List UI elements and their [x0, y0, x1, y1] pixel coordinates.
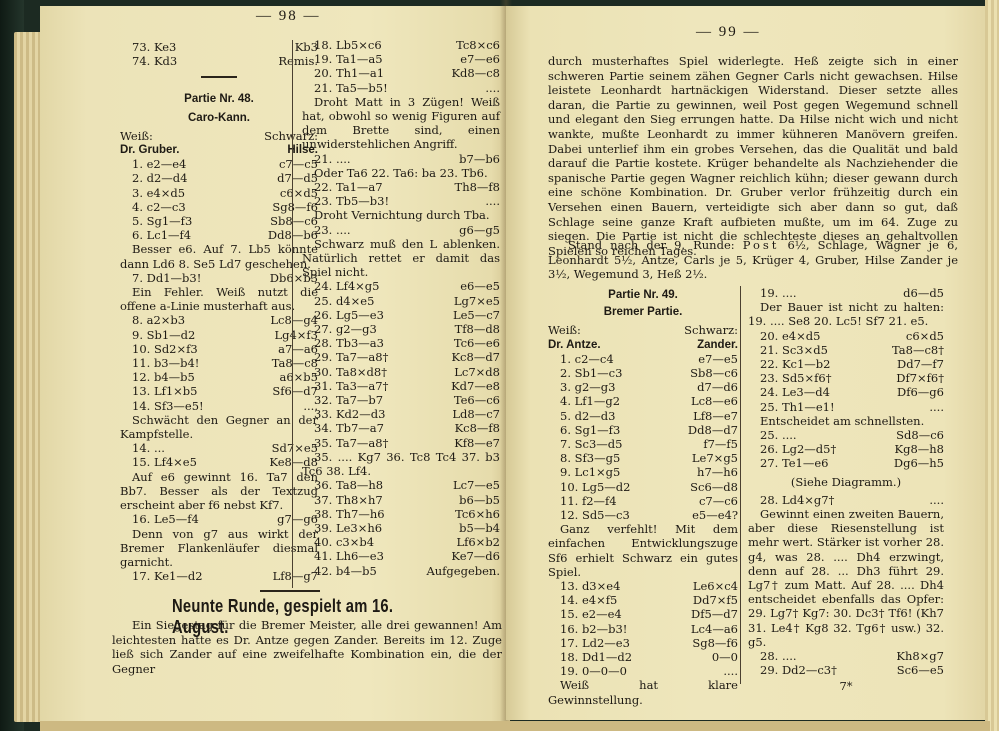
white-move: 28. Ld4×g7† — [748, 493, 834, 507]
black-move: e7—e5 — [698, 352, 738, 366]
white-move: 12. b4—b5 — [120, 370, 195, 384]
white-move: 4. Lf1—g2 — [548, 394, 620, 408]
white-move: 74. Kd3 — [120, 54, 177, 68]
move-list: 22. Ta1—a7Th8—f823. Tb5—b3!.... — [302, 180, 500, 208]
report-paragraph: durch musterhaftes Spiel widerlegte. Heß… — [548, 54, 958, 258]
move-list: 8. a2×b3Lc8—g49. Sb1—d2Lg4×f310. Sd2×f3a… — [120, 313, 318, 412]
black-move: Sb8—c6 — [690, 366, 738, 380]
black-move: .... — [485, 81, 500, 95]
white-move: 8. a2×b3 — [120, 313, 185, 327]
move-row: 34. Tb7—a7Kc8—f8 — [302, 421, 500, 435]
black-move: h7—h6 — [697, 465, 738, 479]
black-player: Zander. — [697, 338, 738, 352]
move-list: 24. Lf4×g5e6—e525. d4×e5Lg7×e526. Lg5—e3… — [302, 279, 500, 449]
white-player: Dr. Gruber. — [120, 143, 179, 157]
black-move: Kd7—e8 — [451, 379, 500, 393]
move-row: 28. Tb3—a3Tc6—e6 — [302, 336, 500, 350]
move-list: 20. e4×d5c6×d521. Sc3×d5Ta8—c8†22. Kc1—b… — [748, 329, 944, 414]
move-list: 36. Ta8—h8Lc7—e537. Th8×h7b6—b538. Th7—h… — [302, 478, 500, 577]
move-row: 25. ....Sd8—c6 — [748, 428, 944, 442]
left-col1: 73. Ke3Kb374. Kd3Remis. Partie Nr. 48. C… — [120, 40, 318, 583]
move-row: 15. Lf4×e5Ke8—d8 — [120, 455, 318, 469]
move-row: 29. Ta7—a8†Kc8—d7 — [302, 350, 500, 364]
black-move: c7—c6 — [699, 494, 738, 508]
annotation: Der Bauer ist nicht zu halten: 19. .... … — [748, 300, 944, 328]
white-move: 41. Lh6—e3 — [302, 549, 384, 563]
move-list: 7. Dd1—b3!Db6×b3 — [120, 271, 318, 285]
white-move: 11. b3—b4! — [120, 356, 199, 370]
move-list: 23. ....g6—g5 — [302, 223, 500, 237]
move-list: 28. Ld4×g7†.... — [748, 493, 944, 507]
move-row: 74. Kd3Remis. — [120, 54, 318, 68]
white-move: 14. e4×f5 — [548, 593, 617, 607]
white-move: 17. Ld2—e3 — [548, 636, 630, 650]
page-stack-right — [985, 0, 999, 731]
black-move: b7—b6 — [459, 152, 500, 166]
standings-prefix: Stand nach der 9. Runde: — [568, 238, 743, 252]
black-move: Tc8×c6 — [456, 38, 500, 52]
white-move: 9. Sb1—d2 — [120, 328, 195, 342]
move-row: 40. c3×b4Lf6×b2 — [302, 535, 500, 549]
move-row: 38. Th7—h6Tc6×h6 — [302, 507, 500, 521]
move-row: 31. Ta3—a7†Kd7—e8 — [302, 379, 500, 393]
white-move: 35. Ta7—a8† — [302, 436, 388, 450]
white-move: 20. e4×d5 — [748, 329, 820, 343]
move-row: 24. Lf4×g5e6—e5 — [302, 279, 500, 293]
move-row: 41. Lh6—e3Ke7—d6 — [302, 549, 500, 563]
annotation: Weiß hat klare Gewinnstellung. — [548, 678, 738, 706]
black-move: .... — [929, 400, 944, 414]
black-move: Dd7—f7 — [897, 357, 944, 371]
black-move: Tf8—d8 — [455, 322, 500, 336]
column-rule — [740, 286, 741, 684]
move-row: 8. Sf3—g5Le7×g5 — [548, 451, 738, 465]
right-page: — 99 — durch musterhaftes Spiel widerleg… — [506, 6, 992, 720]
move-row: 25. Th1—e1!.... — [748, 400, 944, 414]
move-row: 12. Sd5—c3e5—e4? — [548, 508, 738, 522]
white-move: 11. f2—f4 — [548, 494, 617, 508]
section-divider — [260, 590, 320, 592]
move-row: 20. e4×d5c6×d5 — [748, 329, 944, 343]
white-move: 2. d2—d4 — [120, 171, 187, 185]
black-move: Ke7—d6 — [451, 549, 500, 563]
white-move: 18. Dd1—d2 — [548, 650, 632, 664]
move-row: 36. Ta8—h8Lc7—e5 — [302, 478, 500, 492]
move-row: 28. Ld4×g7†.... — [748, 493, 944, 507]
move-row: 1. c2—c4e7—e5 — [548, 352, 738, 366]
white-move: 13. d3×e4 — [548, 579, 620, 593]
black-move: b6—b5 — [459, 493, 500, 507]
white-move: 34. Tb7—a7 — [302, 421, 384, 435]
black-move: b5—b4 — [459, 521, 500, 535]
white-player: Dr. Antze. — [548, 338, 601, 352]
page-number-left: — 98 — — [256, 8, 321, 25]
black-move: Aufgegeben. — [426, 564, 500, 578]
color-labels: Weiß: Schwarz: — [120, 129, 318, 143]
move-row: 3. e4×d5c6×d5 — [120, 186, 318, 200]
white-move: 23. .... — [302, 223, 351, 237]
black-move: Sd8—c6 — [896, 428, 944, 442]
move-row: 13. d3×e4Le6×c4 — [548, 579, 738, 593]
white-move: 24. Le3—d4 — [748, 385, 830, 399]
move-row: 6. Lc1—f4Dd8—b6 — [120, 228, 318, 242]
white-move: 2. Sb1—c3 — [548, 366, 622, 380]
move-row: 25. d4×e5Lg7×e5 — [302, 294, 500, 308]
white-move: 1. c2—c4 — [548, 352, 614, 366]
black-move: e7—e6 — [460, 52, 500, 66]
black-move: Tc6—e6 — [454, 336, 500, 350]
black-move: e6—e5 — [460, 279, 500, 293]
move-row: 30. Ta8×d8†Lc7×d8 — [302, 365, 500, 379]
annotation: Auf e6 gewinnt 16. Ta7 den Bb7. Besser a… — [120, 470, 318, 513]
white-label: Weiß: — [548, 323, 581, 337]
white-move: 4. c2—c3 — [120, 200, 186, 214]
black-move: Le7×g5 — [692, 451, 738, 465]
standings-paragraph: Stand nach der 9. Runde: Post 6½, Schlag… — [548, 238, 958, 282]
move-row: 14. ...Sd7×e5 — [120, 441, 318, 455]
white-move: 40. c3×b4 — [302, 535, 374, 549]
white-move: 25. .... — [748, 428, 797, 442]
black-move: Sg8—f6 — [692, 636, 738, 650]
white-move: 29. Dd2—c3† — [748, 663, 837, 677]
black-move: Sc6—e5 — [897, 663, 944, 677]
move-row: 18. Dd1—d20—0 — [548, 650, 738, 664]
move-row: 28. ....Kh8×g7 — [748, 649, 944, 663]
white-move: 3. g2—g3 — [548, 380, 615, 394]
move-row: 20. Th1—a1Kd8—c8 — [302, 66, 500, 80]
player-names: Dr. Gruber. Hilse. — [120, 143, 318, 157]
white-move: 29. Ta7—a8† — [302, 350, 388, 364]
white-move: 10. Sd2×f3 — [120, 342, 198, 356]
move-row: 19. Ta1—a5e7—e6 — [302, 52, 500, 66]
white-move: 28. Tb3—a3 — [302, 336, 384, 350]
black-move: Df7×f6† — [896, 371, 944, 385]
move-row: 27. Te1—e6Dg6—h5 — [748, 456, 944, 470]
move-list: 1. e2—e4c7—c52. d2—d4d7—d53. e4×d5c6×d54… — [120, 157, 318, 242]
move-row: 2. d2—d4d7—d5 — [120, 171, 318, 185]
player-names: Dr. Antze. Zander. — [548, 338, 738, 352]
annotation: Schwarz muß den L ablenken. Natürlich re… — [302, 237, 500, 280]
annotation: Droht Matt in 3 Zügen! Weiß hat, obwohl … — [302, 95, 500, 152]
white-move: 14. Sf3—e5! — [120, 399, 204, 413]
black-move: Kc8—f8 — [455, 421, 500, 435]
left-page: — 98 — 73. Ke3Kb374. Kd3Remis. Partie Nr… — [40, 6, 510, 724]
move-row: 9. Sb1—d2Lg4×f3 — [120, 328, 318, 342]
move-row: 29. Dd2—c3†Sc6—e5 — [748, 663, 944, 677]
black-move: Kg8—h8 — [895, 442, 945, 456]
white-move: 31. Ta3—a7† — [302, 379, 388, 393]
white-move: 36. Ta8—h8 — [302, 478, 383, 492]
white-move: 23. Tb5—b3! — [302, 194, 389, 208]
move-row: 23. Tb5—b3!.... — [302, 194, 500, 208]
black-move: Df5—d7 — [691, 607, 738, 621]
move-row: 33. Kd2—d3Ld8—c7 — [302, 407, 500, 421]
book-bottom-edge — [40, 721, 990, 731]
left-col2: 18. Lb5×c6Tc8×c619. Ta1—a5e7—e620. Th1—a… — [302, 38, 500, 578]
white-move: 17. Ke1—d2 — [120, 569, 203, 583]
black-move: .... — [929, 493, 944, 507]
opening-name: Caro-Kann. — [120, 111, 318, 125]
white-move: 27. Te1—e6 — [748, 456, 828, 470]
move-row: 6. Sg1—f3Dd8—d7 — [548, 423, 738, 437]
white-move: 27. g2—g3 — [302, 322, 377, 336]
black-move: c6×d5 — [906, 329, 944, 343]
annotation: Ein Fehler. Weiß nutzt die offene a-Lini… — [120, 285, 318, 313]
color-labels: Weiß: Schwarz: — [548, 323, 738, 337]
white-move: 39. Le3×h6 — [302, 521, 382, 535]
move-row: 7. Sc3—d5f7—f5 — [548, 437, 738, 451]
diagram-reference: (Siehe Diagramm.) — [748, 475, 944, 489]
move-row: 12. b4—b5a6×b5 — [120, 370, 318, 384]
move-row: 8. a2×b3Lc8—g4 — [120, 313, 318, 327]
black-move: .... — [485, 194, 500, 208]
move-row: 10. Sd2×f3a7—a6 — [120, 342, 318, 356]
move-row: 5. d2—d3Lf8—e7 — [548, 409, 738, 423]
black-move: Ta8—c8† — [892, 343, 944, 357]
white-move: 42. b4—b5 — [302, 564, 377, 578]
section-paragraph: Ein Siegestag für die Bremer Meister, al… — [112, 618, 502, 676]
annotation: Oder Ta6 22. Ta6: ba 23. Tb6. — [302, 166, 500, 180]
white-move: 19. .... — [748, 286, 797, 300]
white-move: 30. Ta8×d8† — [302, 365, 387, 379]
black-move: Lc8—e6 — [691, 394, 738, 408]
black-move: f7—f5 — [703, 437, 738, 451]
white-move: 12. Sd5—c3 — [548, 508, 630, 522]
black-move: Le6×c4 — [693, 579, 738, 593]
black-move: Lf8—e7 — [693, 409, 738, 423]
annotation: 35. .... Kg7 36. Tc8 Tc4 37. b3 Tc6 38. … — [302, 450, 500, 478]
white-label: Weiß: — [120, 129, 153, 143]
white-move: 9. Lc1×g5 — [548, 465, 620, 479]
signature-mark: 7* — [748, 679, 944, 693]
opening-name: Bremer Partie. — [548, 305, 738, 319]
white-move: 13. Lf1×b5 — [120, 384, 197, 398]
white-move: 26. Lg5—e3 — [302, 308, 384, 322]
move-row: 2. Sb1—c3Sb8—c6 — [548, 366, 738, 380]
annotation: Entscheidet am schnellsten. — [748, 414, 944, 428]
black-move: Lg7×e5 — [454, 294, 500, 308]
move-list: 18. Lb5×c6Tc8×c619. Ta1—a5e7—e620. Th1—a… — [302, 38, 500, 95]
column-rule — [292, 40, 293, 588]
black-move: Df6—g6 — [897, 385, 944, 399]
white-move: 7. Dd1—b3! — [120, 271, 201, 285]
annotation: Denn von g7 aus wirkt der Bremer Flanken… — [120, 527, 318, 570]
annotation: Gewinnt einen zweiten Bauern, aber diese… — [748, 507, 944, 649]
black-move: Lc4—a6 — [691, 622, 738, 636]
white-move: 6. Sg1—f3 — [548, 423, 620, 437]
white-move: 28. .... — [748, 649, 797, 663]
move-row: 14. Sf3—e5!.... — [120, 399, 318, 413]
white-move: 14. ... — [120, 441, 165, 455]
white-move: 33. Kd2—d3 — [302, 407, 385, 421]
black-move: Te6—c6 — [454, 393, 500, 407]
white-move: 73. Ke3 — [120, 40, 176, 54]
white-move: 16. Le5—f4 — [120, 512, 199, 526]
black-move: Dd7×f5 — [693, 593, 738, 607]
annotation: Schwächt den Gegner an der Kampfstelle. — [120, 413, 318, 441]
page-number-right: — 99 — — [696, 24, 761, 41]
black-label: Schwarz: — [684, 323, 738, 337]
game-title: Partie Nr. 48. — [120, 92, 318, 106]
black-move: Dd8—d7 — [688, 423, 738, 437]
section-divider — [201, 76, 237, 78]
move-row: 16. Le5—f4g7—g6 — [120, 512, 318, 526]
move-row: 23. ....g6—g5 — [302, 223, 500, 237]
white-move: 23. Sd5×f6† — [748, 371, 831, 385]
black-move: Dg6—h5 — [894, 456, 944, 470]
move-row: 19. ....d6—d5 — [748, 286, 944, 300]
white-move: 25. Th1—e1! — [748, 400, 835, 414]
white-move: 1. e2—e4 — [120, 157, 186, 171]
move-row: 15. e2—e4Df5—d7 — [548, 607, 738, 621]
move-row: 16. b2—b3!Lc4—a6 — [548, 622, 738, 636]
right-col2: 19. ....d6—d5 Der Bauer ist nicht zu hal… — [748, 286, 944, 694]
black-move: e5—e4? — [692, 508, 738, 522]
move-row: 17. Ld2—e3Sg8—f6 — [548, 636, 738, 650]
black-move: Lc7×d8 — [454, 365, 500, 379]
white-move: 3. e4×d5 — [120, 186, 185, 200]
white-move: 25. d4×e5 — [302, 294, 374, 308]
move-list: 21. ....b7—b6 — [302, 152, 500, 166]
white-move: 22. Kc1—b2 — [748, 357, 830, 371]
move-row: 7. Dd1—b3!Db6×b3 — [120, 271, 318, 285]
move-list: 28. ....Kh8×g729. Dd2—c3†Sc6—e5 — [748, 649, 944, 677]
move-list: 16. Le5—f4g7—g6 — [120, 512, 318, 526]
move-row: 42. b4—b5Aufgegeben. — [302, 564, 500, 578]
move-list: 1. c2—c4e7—e52. Sb1—c3Sb8—c63. g2—g3d7—d… — [548, 352, 738, 522]
black-move: Lf6×b2 — [456, 535, 500, 549]
annotation: Droht Vernichtung durch Tba. — [302, 208, 500, 222]
move-row: 26. Lg2—d5†Kg8—h8 — [748, 442, 944, 456]
black-move: Tc6×h6 — [455, 507, 500, 521]
move-list: 19. ....d6—d5 — [748, 286, 944, 300]
move-row: 26. Lg5—e3Le5—c7 — [302, 308, 500, 322]
move-row: 21. ....b7—b6 — [302, 152, 500, 166]
move-row: 17. Ke1—d2Lf8—g7 — [120, 569, 318, 583]
black-move: 0—0 — [712, 650, 738, 664]
move-row: 22. Kc1—b2Dd7—f7 — [748, 357, 944, 371]
white-move: 32. Ta7—b7 — [302, 393, 383, 407]
white-move: 21. Ta5—b5! — [302, 81, 388, 95]
move-row: 21. Sc3×d5Ta8—c8† — [748, 343, 944, 357]
move-row: 5. Sg1—f3Sb8—c6 — [120, 214, 318, 228]
move-row: 24. Le3—d4Df6—g6 — [748, 385, 944, 399]
black-move: .... — [723, 664, 738, 678]
move-row: 73. Ke3Kb3 — [120, 40, 318, 54]
black-move: Kh8×g7 — [896, 649, 944, 663]
white-move: 6. Lc1—f4 — [120, 228, 191, 242]
right-col1: Partie Nr. 49. Bremer Partie. Weiß: Schw… — [548, 288, 738, 707]
move-row: 39. Le3×h6b5—b4 — [302, 521, 500, 535]
black-move: g6—g5 — [459, 223, 500, 237]
white-move: 15. Lf4×e5 — [120, 455, 197, 469]
black-move: Th8—f8 — [455, 180, 500, 194]
move-row: 22. Ta1—a7Th8—f8 — [302, 180, 500, 194]
white-move: 5. Sg1—f3 — [120, 214, 192, 228]
move-row: 19. 0—0—0.... — [548, 664, 738, 678]
move-row: 27. g2—g3Tf8—d8 — [302, 322, 500, 336]
white-move: 38. Th7—h6 — [302, 507, 385, 521]
white-move: 22. Ta1—a7 — [302, 180, 383, 194]
white-move: 15. e2—e4 — [548, 607, 622, 621]
game-title: Partie Nr. 49. — [548, 288, 738, 302]
white-move: 5. d2—d3 — [548, 409, 615, 423]
move-row: 10. Lg5—d2Sc6—d8 — [548, 480, 738, 494]
standings-leader: Post — [743, 238, 780, 252]
white-move: 16. b2—b3! — [548, 622, 627, 636]
white-move: 8. Sf3—g5 — [548, 451, 620, 465]
move-row: 13. Lf1×b5Sf6—d7 — [120, 384, 318, 398]
move-row: 9. Lc1×g5h7—h6 — [548, 465, 738, 479]
black-move: d7—d6 — [697, 380, 738, 394]
move-row: 32. Ta7—b7Te6—c6 — [302, 393, 500, 407]
white-move: 26. Lg2—d5† — [748, 442, 836, 456]
white-move: 19. 0—0—0 — [548, 664, 627, 678]
move-row: 1. e2—e4c7—c5 — [120, 157, 318, 171]
white-move: 7. Sc3—d5 — [548, 437, 622, 451]
move-row: 18. Lb5×c6Tc8×c6 — [302, 38, 500, 52]
move-row: 23. Sd5×f6†Df7×f6† — [748, 371, 944, 385]
black-move: Kf8—e7 — [454, 436, 500, 450]
white-move: 24. Lf4×g5 — [302, 279, 379, 293]
black-move: Sc6—d8 — [690, 480, 738, 494]
move-list: 25. ....Sd8—c626. Lg2—d5†Kg8—h827. Te1—e… — [748, 428, 944, 471]
white-move: 19. Ta1—a5 — [302, 52, 383, 66]
move-list: 17. Ke1—d2Lf8—g7 — [120, 569, 318, 583]
white-move: 18. Lb5×c6 — [302, 38, 382, 52]
move-row: 4. Lf1—g2Lc8—e6 — [548, 394, 738, 408]
white-move: 21. Sc3×d5 — [748, 343, 828, 357]
move-row: 37. Th8×h7b6—b5 — [302, 493, 500, 507]
white-move: 20. Th1—a1 — [302, 66, 384, 80]
move-row: 4. c2—c3Sg8—f6 — [120, 200, 318, 214]
black-move: Kc8—d7 — [451, 350, 500, 364]
move-row: 3. g2—g3d7—d6 — [548, 380, 738, 394]
move-row: 14. e4×f5Dd7×f5 — [548, 593, 738, 607]
black-move: Le5—c7 — [453, 308, 500, 322]
white-move: 10. Lg5—d2 — [548, 480, 630, 494]
white-move: 37. Th8×h7 — [302, 493, 383, 507]
move-list: 73. Ke3Kb374. Kd3Remis. — [120, 40, 318, 68]
black-move: d6—d5 — [903, 286, 944, 300]
white-move: 21. .... — [302, 152, 351, 166]
annotation: Besser e6. Auf 7. Lb5 könnte dann Ld6 8.… — [120, 242, 318, 270]
move-list: 14. ...Sd7×e515. Lf4×e5Ke8—d8 — [120, 441, 318, 469]
black-move: Ld8—c7 — [452, 407, 500, 421]
move-row: 35. Ta7—a8†Kf8—e7 — [302, 436, 500, 450]
move-list: 13. d3×e4Le6×c414. e4×f5Dd7×f515. e2—e4D… — [548, 579, 738, 678]
annotation: Ganz verfehlt! Mit dem einfachen Entwick… — [548, 522, 738, 579]
move-row: 21. Ta5—b5!.... — [302, 81, 500, 95]
black-move: Kd8—c8 — [451, 66, 500, 80]
black-move: Lc7—e5 — [453, 478, 500, 492]
move-row: 11. f2—f4c7—c6 — [548, 494, 738, 508]
move-row: 11. b3—b4!Ta8—c8 — [120, 356, 318, 370]
